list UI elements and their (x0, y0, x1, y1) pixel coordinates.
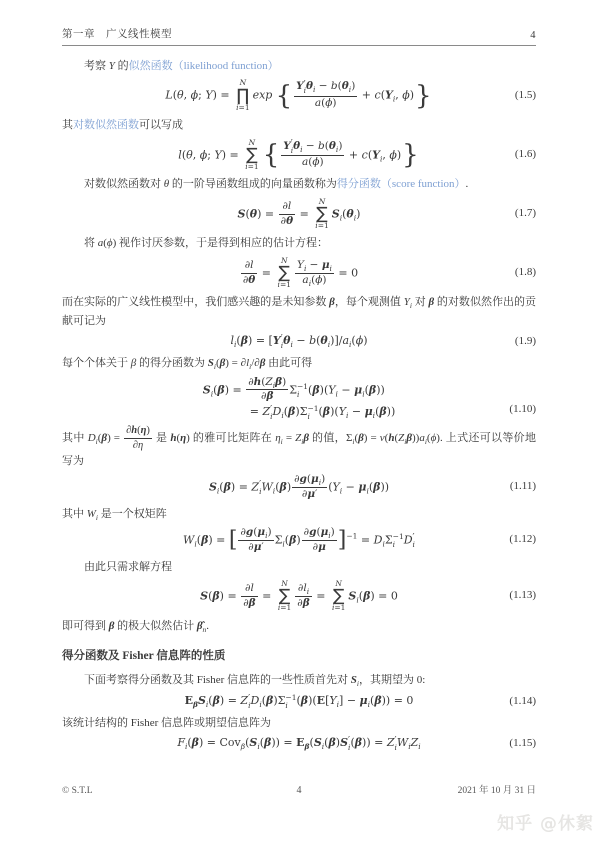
formula: S(β) = ∂l∂β = N∑i=1∂li∂β = N∑i=1Si(β) = … (200, 580, 398, 613)
formula: ∂l∂θ = N∑i=1Yi − μiai(ϕ) = 0 (240, 257, 358, 290)
equation-number: (1.7) (515, 207, 536, 221)
formula: Si(β) = ∂h(Ziβ)∂βΣ−1i(β)(Yi − μi(β))= Z′… (203, 377, 396, 421)
paragraph: 考察 Y 的似然函数（likelihood function） (62, 57, 536, 75)
paragraph: 将 a(ϕ) 视作讨厌参数，于是得到相应的估计方程： (62, 234, 536, 252)
paragraph: 由此只需求解方程 (62, 558, 536, 576)
page-body: 考察 Y 的似然函数（likelihood function） L(θ, ϕ; … (62, 55, 536, 756)
formula: li(β) = [Y′iθi − b(θi)]/ai(ϕ) (230, 334, 367, 350)
equation-number: (1.5) (515, 89, 536, 103)
page-footer: © S.T.L 4 2021 年 10 月 31 日 (62, 782, 536, 796)
chapter-title: 第一章 广义线性模型 (62, 26, 172, 41)
paragraph: 其中 Wi 是一个权矩阵 (62, 505, 536, 523)
document-page: 第一章 广义线性模型 4 考察 Y 的似然函数（likelihood funct… (0, 0, 600, 848)
paragraph: 而在实际的广义线性模型中，我们感兴趣的是未知参数 β，每个观测值 Yi 对 β … (62, 293, 536, 330)
formula: EβSi(β) = Z′iDi(β)Σ−1i(β)(E[Yi] − μi(β))… (185, 694, 414, 710)
paragraph: 每个个体关于 β 的得分函数为 Si(β) = ∂li/∂β 由此可得 (62, 354, 536, 372)
section-heading: 得分函数及 Fisher 信息阵的性质 (62, 647, 536, 666)
equation-1-11: Si(β) = Z′iWi(β)∂g(μi)∂μ′(Yi − μi(β)) (1… (62, 474, 536, 501)
equation-1-6: l(θ, ϕ; Y) = N∑i=1{Y′iθi − b(θi)a(ϕ) + c… (62, 139, 536, 172)
equation-1-10: Si(β) = ∂h(Ziβ)∂βΣ−1i(β)(Yi − μi(β))= Z′… (62, 377, 536, 421)
formula: S(θ) = ∂l∂θ = N∑i=1Si(θi) (238, 198, 361, 231)
equation-number: (1.12) (509, 533, 536, 547)
watermark: 知乎 @休絮 (497, 809, 594, 834)
equation-number: (1.13) (509, 589, 536, 603)
equation-1-13: S(β) = ∂l∂β = N∑i=1∂li∂β = N∑i=1Si(β) = … (62, 580, 536, 613)
formula: Wi(β) = [∂g(μi)∂μ′Σi(β)∂g(μi)∂μ]−1 = DiΣ… (183, 527, 415, 554)
equation-1-7: S(θ) = ∂l∂θ = N∑i=1Si(θi) (1.7) (62, 198, 536, 231)
page-header: 第一章 广义线性模型 4 (62, 26, 536, 46)
equation-number: (1.9) (515, 335, 536, 349)
equation-number: (1.10) (509, 403, 536, 417)
equation-number: (1.8) (515, 266, 536, 280)
equation-1-8: ∂l∂θ = N∑i=1Yi − μiai(ϕ) = 0 (1.8) (62, 257, 536, 290)
equation-1-15: Fi(β) = Covβ(Si(β)) = Eβ(Si(β)S′i(β)) = … (62, 736, 536, 752)
paragraph: 即可得到 β 的极大似然估计 β̂n. (62, 617, 536, 635)
equation-1-14: EβSi(β) = Z′iDi(β)Σ−1i(β)(E[Yi] − μi(β))… (62, 694, 536, 710)
footer-date: 2021 年 10 月 31 日 (378, 782, 536, 796)
paragraph: 其对数似然函数可以写成 (62, 116, 536, 134)
equation-number: (1.14) (509, 695, 536, 709)
equation-number: (1.11) (510, 480, 536, 494)
equation-number: (1.15) (509, 737, 536, 751)
header-page-number: 4 (530, 30, 536, 41)
paragraph: 对数似然函数对 θ 的一阶导函数组成的向量函数称为得分函数（score func… (62, 175, 536, 193)
footer-page-number: 4 (220, 785, 378, 796)
formula: L(θ, ϕ; Y) = N∏i=1exp {Y′iθi − b(θi)a(ϕ)… (165, 79, 432, 112)
footer-copyright: © S.T.L (62, 786, 220, 796)
equation-number: (1.6) (515, 148, 536, 162)
formula: l(θ, ϕ; Y) = N∑i=1{Y′iθi − b(θi)a(ϕ) + c… (178, 139, 419, 172)
equation-1-5: L(θ, ϕ; Y) = N∏i=1exp {Y′iθi − b(θi)a(ϕ)… (62, 79, 536, 112)
paragraph: 该统计结构的 Fisher 信息阵或期望信息阵为 (62, 714, 536, 732)
formula: Fi(β) = Covβ(Si(β)) = Eβ(Si(β)S′i(β)) = … (177, 736, 420, 752)
paragraph: 其中 Di(β) = ∂h(η)∂η 是 h(η) 的雅可比矩阵在 ηi = Z… (62, 425, 536, 470)
paragraph: 下面考察得分函数及其 Fisher 信息阵的一些性质首先对 Si，其期望为 0: (62, 671, 536, 689)
equation-1-12: Wi(β) = [∂g(μi)∂μ′Σi(β)∂g(μi)∂μ]−1 = DiΣ… (62, 527, 536, 554)
equation-1-9: li(β) = [Y′iθi − b(θi)]/ai(ϕ) (1.9) (62, 334, 536, 350)
formula: Si(β) = Z′iWi(β)∂g(μi)∂μ′(Yi − μi(β)) (209, 474, 389, 501)
